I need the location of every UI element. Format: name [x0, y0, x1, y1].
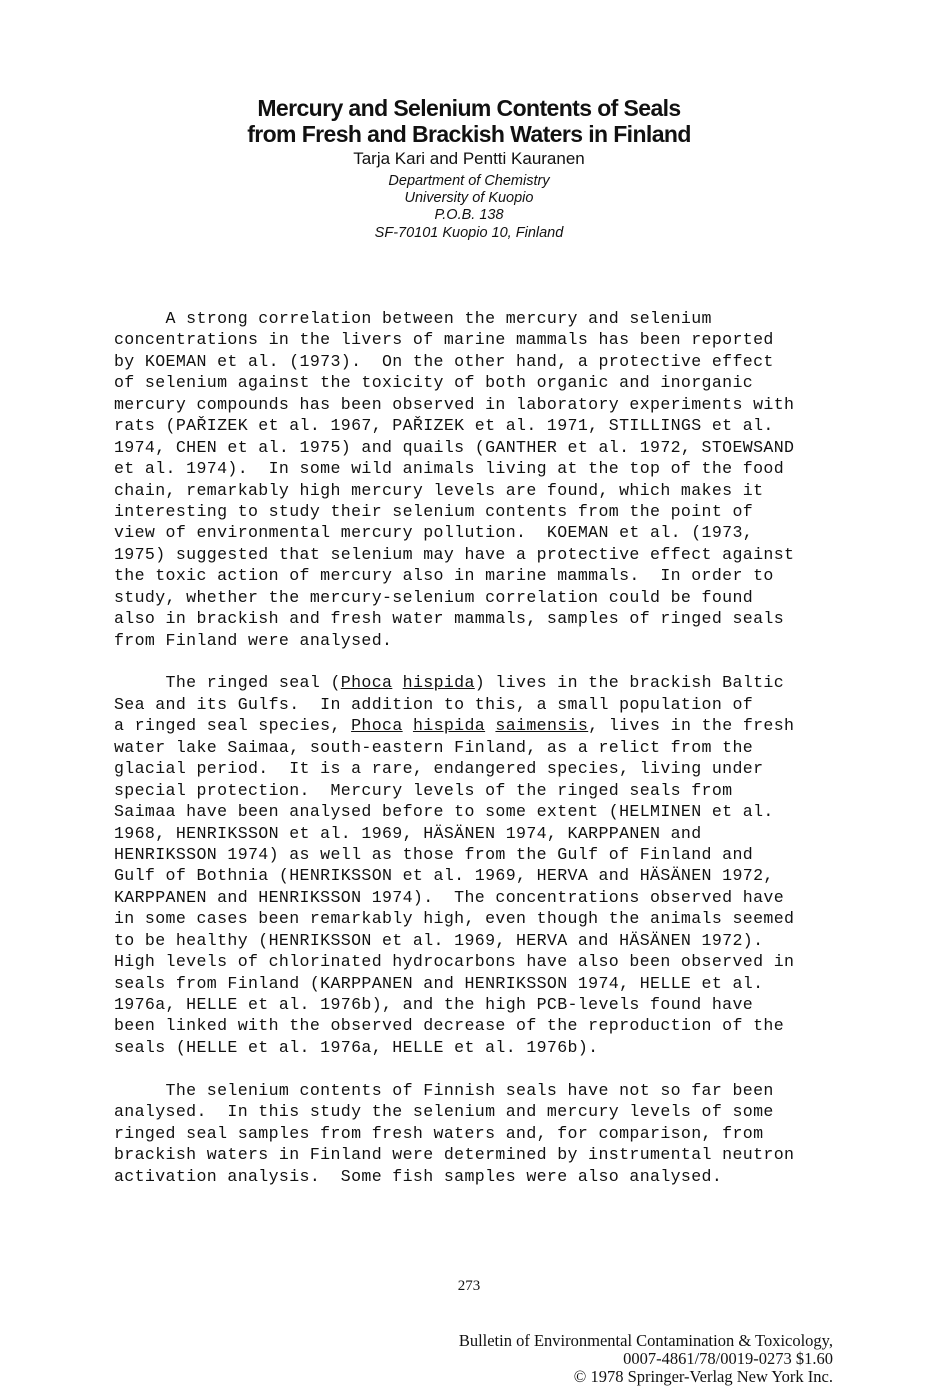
text-line: Gulf of Bothnia (HENRIKSSON et al. 1969,… — [114, 865, 834, 886]
species-name: hispida — [413, 716, 485, 735]
text-line: seals from Finland (KARPPANEN and HENRIK… — [114, 973, 834, 994]
journal-name: Bulletin of Environmental Contamination … — [459, 1332, 833, 1350]
copyright: © 1978 Springer-Verlag New York Inc. — [459, 1368, 833, 1386]
text-line: seals (HELLE et al. 1976a, HELLE et al. … — [114, 1037, 834, 1058]
text-line: analysed. In this study the selenium and… — [114, 1101, 834, 1122]
text-line: interesting to study their selenium cont… — [114, 501, 834, 522]
text-line: by KOEMAN et al. (1973). On the other ha… — [114, 351, 834, 372]
text-line: in some cases been remarkably high, even… — [114, 908, 834, 929]
title-line-1: Mercury and Selenium Contents of Seals — [0, 95, 938, 121]
species-name: hispida — [403, 673, 475, 692]
species-name: saimensis — [495, 716, 588, 735]
species-name: Phoca — [341, 673, 393, 692]
journal-code: 0007-4861/78/0019-0273 $1.60 — [459, 1350, 833, 1368]
text-line: from Finland were analysed. — [114, 630, 834, 651]
text-line: The ringed seal (Phoca hispida) lives in… — [114, 672, 834, 693]
paragraph-2: The ringed seal (Phoca hispida) lives in… — [114, 672, 834, 1058]
text-line: study, whether the mercury-selenium corr… — [114, 587, 834, 608]
text-line: of selenium against the toxicity of both… — [114, 372, 834, 393]
affiliation-pob: P.O.B. 138 — [0, 207, 938, 224]
text-line: view of environmental mercury pollution.… — [114, 522, 834, 543]
paragraph-3: The selenium contents of Finnish seals h… — [114, 1080, 834, 1187]
text-line: special protection. Mercury levels of th… — [114, 780, 834, 801]
text-line: been linked with the observed decrease o… — [114, 1015, 834, 1036]
title-line-2: from Fresh and Brackish Waters in Finlan… — [0, 121, 938, 147]
paragraph-1: A strong correlation between the mercury… — [114, 308, 834, 651]
text-line: rats (PAŘIZEK et al. 1967, PAŘIZEK et al… — [114, 415, 834, 436]
text-line: to be healthy (HENRIKSSON et al. 1969, H… — [114, 930, 834, 951]
species-name: Phoca — [351, 716, 403, 735]
text-line: concentrations in the livers of marine m… — [114, 329, 834, 350]
text-line: brackish waters in Finland were determin… — [114, 1144, 834, 1165]
text-line: Sea and its Gulfs. In addition to this, … — [114, 694, 834, 715]
text-line: ringed seal samples from fresh waters an… — [114, 1123, 834, 1144]
text-line: glacial period. It is a rare, endangered… — [114, 758, 834, 779]
text-line: also in brackish and fresh water mammals… — [114, 608, 834, 629]
text-line: 1974, CHEN et al. 1975) and quails (GANT… — [114, 437, 834, 458]
affiliation: Department of Chemistry University of Ku… — [0, 173, 938, 242]
article-body: A strong correlation between the mercury… — [114, 308, 834, 1187]
text-line: chain, remarkably high mercury levels ar… — [114, 480, 834, 501]
text-line: High levels of chlorinated hydrocarbons … — [114, 951, 834, 972]
text-line: water lake Saimaa, south-eastern Finland… — [114, 737, 834, 758]
text-line: a ringed seal species, Phoca hispida sai… — [114, 715, 834, 736]
text-line: 1975) suggested that selenium may have a… — [114, 544, 834, 565]
text-line: activation analysis. Some fish samples w… — [114, 1166, 834, 1187]
text-line: Saimaa have been analysed before to some… — [114, 801, 834, 822]
text-line: HENRIKSSON 1974) as well as those from t… — [114, 844, 834, 865]
text-line: et al. 1974). In some wild animals livin… — [114, 458, 834, 479]
text-line: A strong correlation between the mercury… — [114, 308, 834, 329]
text-line: 1976a, HELLE et al. 1976b), and the high… — [114, 994, 834, 1015]
affiliation-address: SF-70101 Kuopio 10, Finland — [0, 225, 938, 242]
text-line: the toxic action of mercury also in mari… — [114, 565, 834, 586]
text-line: KARPPANEN and HENRIKSSON 1974). The conc… — [114, 887, 834, 908]
page-number: 273 — [0, 1278, 938, 1295]
affiliation-department: Department of Chemistry — [0, 173, 938, 190]
affiliation-university: University of Kuopio — [0, 190, 938, 207]
text-line: mercury compounds has been observed in l… — [114, 394, 834, 415]
text-line: The selenium contents of Finnish seals h… — [114, 1080, 834, 1101]
article-title: Mercury and Selenium Contents of Seals f… — [0, 95, 938, 147]
authors: Tarja Kari and Pentti Kauranen — [0, 149, 938, 169]
journal-footer: Bulletin of Environmental Contamination … — [459, 1332, 833, 1386]
text-line: 1968, HENRIKSSON et al. 1969, HÄSÄNEN 19… — [114, 823, 834, 844]
